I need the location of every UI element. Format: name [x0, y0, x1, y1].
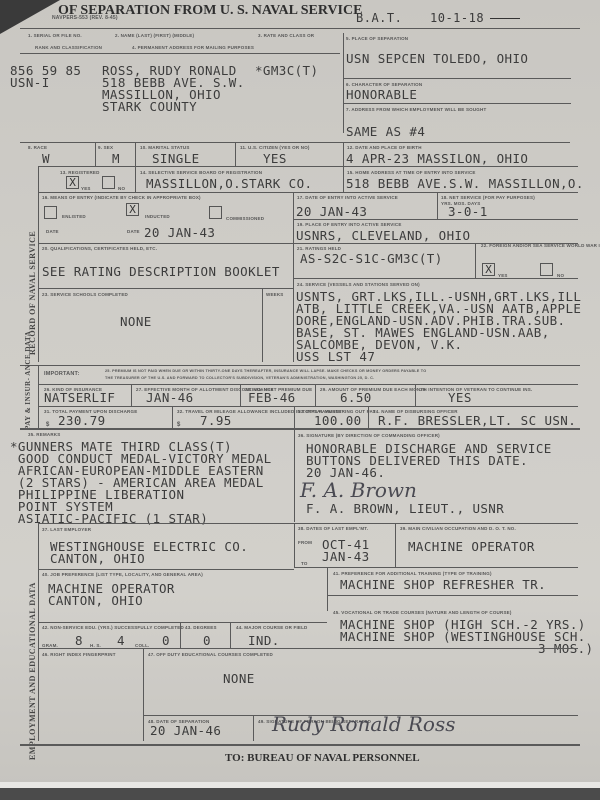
important-text-2: THE TREASURER OF THE U.S. AND FORWARD TO… [105, 376, 374, 380]
bat-date: 10-1-18 [430, 12, 484, 24]
travel-allowance: 7.95 [200, 414, 232, 427]
premium-amount: 6.50 [340, 391, 372, 404]
rate: *GM3C(T) [255, 64, 318, 77]
from-label: FROM [298, 540, 312, 545]
mustering-pay: 100.00 [314, 414, 362, 427]
background-surface [0, 788, 600, 800]
home-address-label: 15. HOME ADDRESS AT TIME OF ENTRY INTO S… [347, 170, 476, 175]
birth: 4 APR-23 MASSILON, OHIO [346, 152, 528, 165]
employment-address: SAME AS #4 [346, 125, 425, 138]
registered-no-label: NO [118, 186, 125, 191]
training-preference: MACHINE SHOP REFRESHER TR. [340, 578, 546, 591]
serial-label: 1. SERIAL OR FILE NO. [28, 33, 82, 38]
inducted-checkbox[interactable]: X [126, 203, 139, 216]
name-label: 2. NAME (LAST) (FIRST) (MIDDLE) [115, 33, 194, 38]
ss-board-label: 14. SELECTIVE SERVICE BOARD OF REGISTRAT… [140, 170, 262, 175]
offduty-courses: NONE [223, 672, 255, 685]
inducted-label: INDUCTED [145, 214, 170, 219]
coll-years: 0 [162, 634, 170, 647]
inducted-date: 20 JAN-43 [144, 226, 215, 239]
place-of-separation: USN SEPCEN TOLEDO, OHIO [346, 52, 528, 65]
section-employment-education: EMPLOYMENT AND EDUCATIONAL DATA [28, 582, 37, 760]
address-line-3: STARK COUNTY [102, 100, 197, 113]
fingerprint-label: 46. RIGHT INDEX FINGERPRINT [42, 652, 116, 657]
sex-label: 9. SEX [98, 145, 113, 150]
commissioned-label: COMMISSIONED [226, 216, 264, 221]
last-employer-line-2: CANTON, OHIO [50, 552, 145, 565]
service-label: 24. SERVICE (VESSELS AND STATIONS SERVED… [297, 282, 420, 287]
premium-amount-label: 29. AMOUNT OF PREMIUM DUE EACH MONTH [320, 387, 427, 392]
registered-label: 13. REGISTERED [60, 170, 100, 175]
training-label: 41. PREFERENCE FOR ADDITIONAL TRAINING (… [333, 571, 492, 576]
employment-to: JAN-43 [322, 550, 370, 563]
co-signature-label: 36. SIGNATURE (BY DIRECTION OF COMMANDIN… [298, 433, 440, 438]
insurance-kind: NATSERLIF [44, 391, 115, 404]
marital-status: SINGLE [152, 152, 200, 165]
intention-label: 30. INTENTION OF VETERAN TO CONTINUE INS… [420, 387, 532, 392]
race: W [42, 152, 50, 165]
schools-label: 23. SERVICE SCHOOLS COMPLETED [42, 292, 128, 297]
separation-document: OF SEPARATION FROM U. S. NAVAL SERVICE N… [0, 0, 600, 788]
place-of-entry: USNRS, CLEVELAND, OHIO [296, 229, 470, 242]
weeks-label: WEEKS [266, 292, 284, 297]
last-employer-label: 37. LAST EMPLOYER [42, 527, 91, 532]
birth-label: 12. DATE AND PLACE OF BIRTH [347, 145, 422, 150]
enlisted-label: ENLISTED [62, 214, 86, 219]
remarks-label: 35. REMARKS [28, 432, 60, 437]
arrow-icon [490, 18, 520, 19]
qualifications: SEE RATING DESCRIPTION BOOKLET [42, 265, 280, 278]
character-of-separation: HONORABLE [346, 88, 417, 101]
address-label: 4. PERMANENT ADDRESS FOR MAILING PURPOSE… [132, 45, 254, 50]
next-premium: FEB-46 [248, 391, 296, 404]
ratings: AS-S2C-S1C-GM3C(T) [300, 252, 443, 265]
citizen: YES [263, 152, 287, 165]
job-preference-label: 40. JOB PREFERENCE (LIST TYPE, LOCALITY,… [42, 572, 203, 577]
service-line-6: USS LST 47 [296, 350, 375, 363]
degrees: 0 [203, 634, 211, 647]
important-text-1: 25. PREMIUM IS NOT PAID WHEN DUE OR WITH… [105, 369, 426, 373]
major-course: IND. [248, 634, 280, 647]
job-preference-line-2: CANTON, OHIO [48, 594, 143, 607]
qualifications-label: 20. QUALIFICATIONS, CERTIFICATES HELD, E… [42, 246, 157, 251]
registered-no-checkbox[interactable] [102, 176, 115, 189]
registered-yes-label: YES [81, 186, 91, 191]
entry-date-label: 17. DATE OF ENTRY INTO ACTIVE SERVICE [297, 195, 398, 200]
foreign-yes-checkbox[interactable]: X [482, 263, 495, 276]
citizen-label: 11. U.S. CITIZEN (YES OR NO) [240, 145, 310, 150]
net-service: 3-0-1 [448, 205, 488, 218]
enlisted-date-label: DATE [46, 229, 59, 234]
bat-label: B.A.T. [356, 12, 402, 24]
enlisted-checkbox[interactable] [44, 206, 57, 219]
foreign-no-checkbox[interactable] [540, 263, 553, 276]
net-service-label: 18. NET SERVICE (FOR PAY PURPOSES) [441, 195, 535, 200]
total-payment: 230.79 [58, 414, 106, 427]
marital-label: 10. MARITAL STATUS [140, 145, 190, 150]
race-label: 8. RACE [28, 145, 47, 150]
to-label: TO [301, 561, 308, 566]
occupation-label: 39. MAIN CIVILIAN OCCUPATION AND D. O. T… [400, 526, 516, 531]
rank-label: RANK AND CLASSIFICATION [35, 45, 102, 50]
important-label: IMPORTANT: [44, 371, 80, 377]
home-address: 518 BEBB AVE.S.W. MASSILLON,O. [346, 177, 584, 190]
person-handwritten-signature: Rudy Ronald Ross [272, 712, 456, 736]
rate-label: 3. RATE AND CLASS OR [258, 33, 314, 38]
form-number: NAVPERS-553 (REV. 8-45) [52, 15, 118, 21]
effective-month: JAN-46 [146, 391, 194, 404]
degrees-label: 43. DEGREES [185, 625, 217, 630]
foreign-service-label: 22. FOREIGN AND/OR SEA SERVICE WORLD WAR… [481, 243, 600, 248]
classification: USN-I [10, 76, 50, 89]
footer-to-bureau: TO: BUREAU OF NAVAL PERSONNEL [225, 752, 420, 764]
education-label: 42. NON-SERVICE EDU. (YRS.) SUCCESSFULLY… [42, 625, 184, 630]
sex: M [112, 152, 120, 165]
separation-date: 20 JAN-46 [150, 724, 221, 737]
employment-address-label: 7. ADDRESS FROM WHICH EMPLOYMENT WILL BE… [346, 107, 486, 112]
disbursing-officer: R.F. BRESSLER,LT. SC USN. [378, 414, 576, 427]
ss-board: MASSILLON,O.STARK CO. [146, 177, 312, 190]
commissioned-checkbox[interactable] [209, 206, 222, 219]
co-handwritten-signature: F. A. Brown [300, 478, 417, 502]
place-entry-label: 19. PLACE OF ENTRY INTO ACTIVE SERVICE [297, 222, 402, 227]
inducted-date-label: DATE [127, 229, 140, 234]
means-entry-label: 16. MEANS OF ENTRY (INDICATE BY CHECK IN… [42, 195, 201, 200]
vocational-label: 45. VOCATIONAL OR TRADE COURSES (NATURE … [333, 610, 512, 615]
intention: YES [448, 391, 472, 404]
major-label: 44. MAJOR COURSE OR FIELD [236, 625, 308, 630]
place-separation-label: 5. PLACE OF SEPARATION [346, 36, 408, 41]
section-pay-insurance: PAY & INSUR- ANCE DATA [24, 331, 32, 430]
dates-employment-label: 38. DATES OF LAST EMPL'MT. [298, 526, 368, 531]
schools-completed: NONE [120, 315, 152, 328]
offduty-label: 47. OFF DUTY EDUCATIONAL COURSES COMPLET… [148, 652, 273, 657]
occupation: MACHINE OPERATOR [408, 540, 535, 553]
entry-date: 20 JAN-43 [296, 205, 367, 218]
co-typed-name: F. A. BROWN, LIEUT., USNR [306, 502, 504, 515]
hs-years: 4 [117, 634, 125, 647]
gram-years: 8 [75, 634, 83, 647]
registered-yes-checkbox[interactable]: X [66, 176, 79, 189]
